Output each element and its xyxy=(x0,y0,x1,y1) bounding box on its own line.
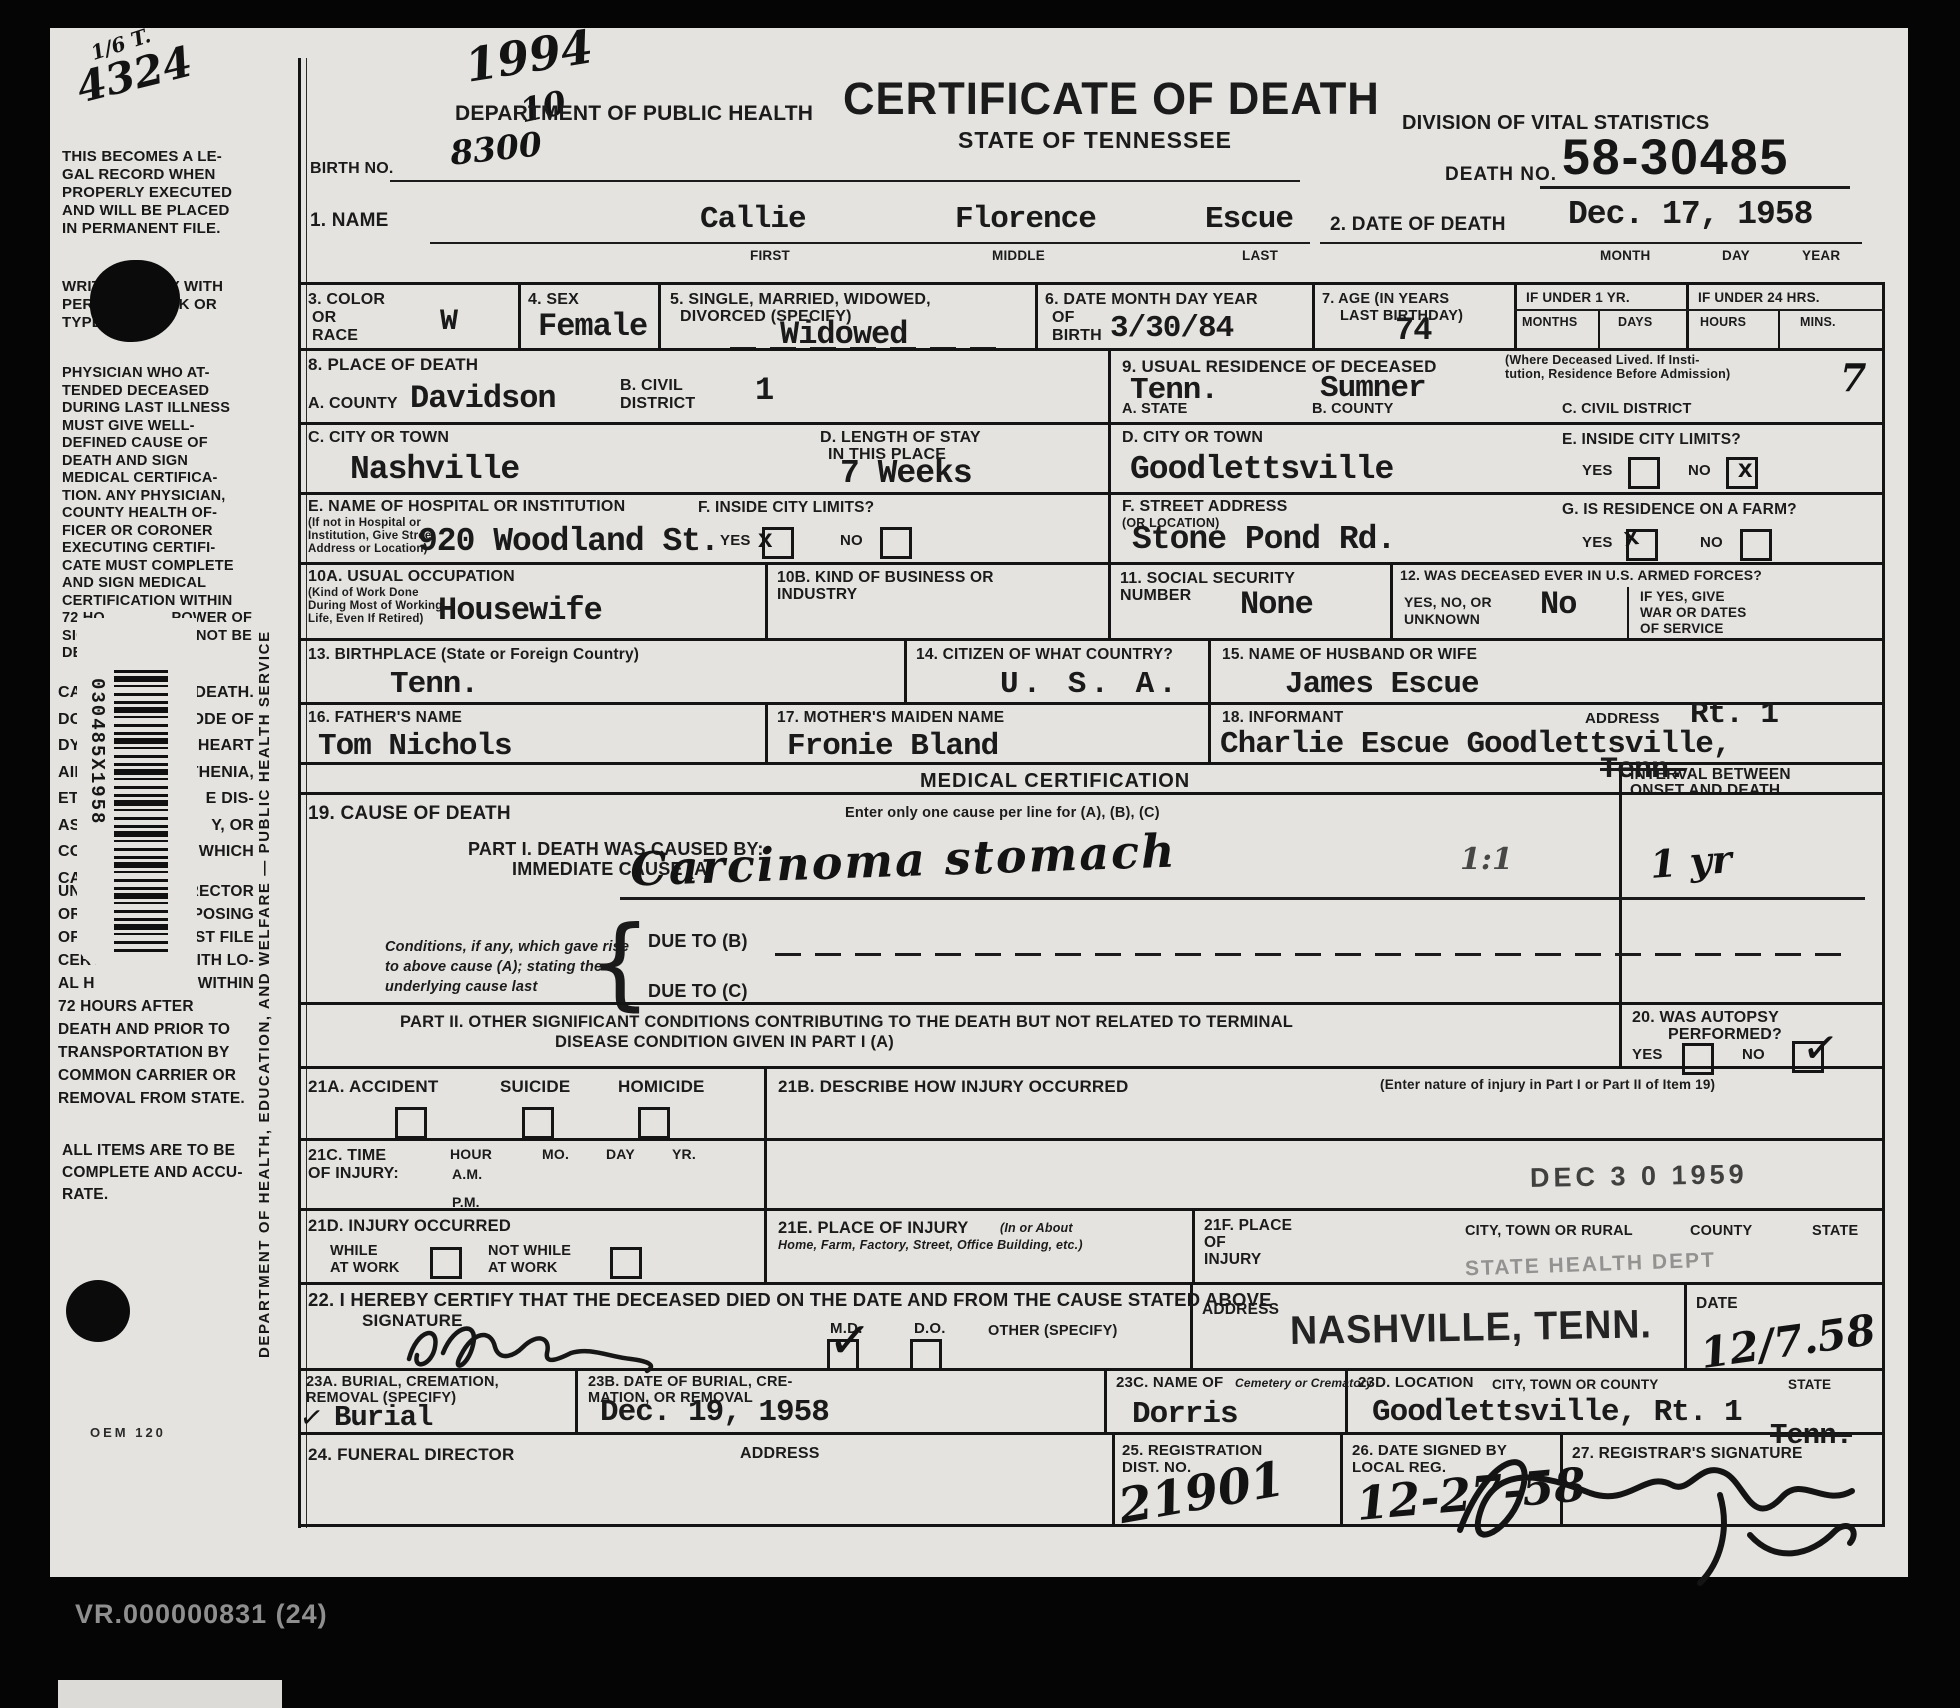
name-last: Escue xyxy=(1205,204,1293,235)
burial-value: Burial xyxy=(334,1403,432,1432)
md-check-mark: ✓ xyxy=(826,1310,874,1373)
hours-label: HOURS xyxy=(1700,315,1746,329)
length-stay-label-1: D. LENGTH OF STAY xyxy=(820,429,981,447)
punch-hole xyxy=(66,1280,130,1342)
describe-injury-label: 21B. DESCRIBE HOW INJURY OCCURRED xyxy=(778,1077,1128,1096)
form: 1994 10 8300 DEPARTMENT OF PUBLIC HEALTH… xyxy=(300,28,1888,1528)
occupation-note-2: During Most of Working xyxy=(308,600,443,613)
sub-middle: MIDDLE xyxy=(992,248,1045,263)
age-value: 74 xyxy=(1395,315,1431,347)
conditions-note-3: underlying cause last xyxy=(385,979,537,995)
time-injury-label-1: 21C. TIME xyxy=(308,1147,386,1165)
interval-handwriting: 1 yr xyxy=(1649,840,1733,884)
color-label-3: RACE xyxy=(312,327,358,345)
location-value: Goodlettsville, Rt. 1 xyxy=(1372,1397,1742,1428)
mother-value: Fronie Bland xyxy=(787,731,998,762)
day-label: DAY xyxy=(606,1147,635,1163)
describe-injury-note: (Enter nature of injury in Part I or Par… xyxy=(1380,1077,1715,1092)
residence-note-2: tution, Residence Before Admission) xyxy=(1505,367,1730,381)
sex-label: 4. SEX xyxy=(528,291,579,309)
yes-label: YES xyxy=(1582,463,1613,480)
informant-address-rt: Rt. 1 xyxy=(1690,699,1778,730)
informant-address-state: Tenn. xyxy=(1600,755,1685,785)
no-x-mark: x xyxy=(1738,453,1752,484)
color-value: W xyxy=(440,307,457,337)
row-7: 13. BIRTHPLACE (State or Foreign Country… xyxy=(300,638,1885,702)
place-injury2-label-3: INJURY xyxy=(1204,1251,1261,1268)
civil-district-label-2: DISTRICT xyxy=(620,395,695,413)
spouse-value: James Escue xyxy=(1285,669,1479,700)
conditions-note-2: to above cause (A); stating the xyxy=(385,959,602,975)
dob-label-3: BIRTH xyxy=(1052,327,1102,345)
death-no-underline xyxy=(1540,186,1850,189)
dod-value: Dec. 17, 1958 xyxy=(1568,198,1812,231)
location-state-label: STATE xyxy=(1788,1377,1831,1392)
name-first: Callie xyxy=(700,204,806,235)
civil-district-label-1: B. CIVIL xyxy=(620,377,683,395)
color-label-2: OR xyxy=(312,309,336,327)
father-label: 16. FATHER'S NAME xyxy=(308,709,462,726)
under24-rule xyxy=(1686,309,1885,311)
accident-label: 21A. ACCIDENT xyxy=(308,1077,438,1096)
margin-note-legal-record: THIS BECOMES A LE-GAL RECORD WHEN PROPER… xyxy=(62,148,252,238)
birthplace-value: Tenn. xyxy=(390,669,478,700)
no2-checkbox xyxy=(880,527,912,559)
cause-note: Enter only one cause per line for (A), (… xyxy=(845,805,1160,821)
dod-underline xyxy=(1320,242,1862,244)
yes2-x-mark: x xyxy=(758,523,772,554)
county-res-value: Sumner xyxy=(1320,373,1426,404)
yes-checkbox xyxy=(1628,457,1660,489)
suicide-label: SUICIDE xyxy=(500,1077,570,1096)
sub-year: YEAR xyxy=(1802,248,1840,263)
place-injury2-label-1: 21F. PLACE xyxy=(1204,1217,1292,1234)
row-2: 3. COLOR OR RACE W 4. SEX Female 5. SING… xyxy=(300,282,1885,348)
part2-label-2: DISEASE CONDITION GIVEN IN PART I (A) xyxy=(555,1033,894,1051)
citizen-label: 14. CITIZEN OF WHAT COUNTRY? xyxy=(916,646,1173,663)
while-label-2: AT WORK xyxy=(330,1260,400,1276)
dob-label-1: 6. DATE MONTH DAY YEAR xyxy=(1045,291,1258,309)
barcode-number: 030485X1958 xyxy=(86,678,108,948)
hour-label: HOUR xyxy=(450,1147,492,1163)
if-yes-label-3: OF SERVICE xyxy=(1640,621,1724,636)
occupation-label: 10A. USUAL OCCUPATION xyxy=(308,568,515,586)
autopsy-yes-label: YES xyxy=(1632,1047,1663,1064)
autopsy-no-label: NO xyxy=(1742,1047,1765,1064)
city-town-rural-label: CITY, TOWN OR RURAL xyxy=(1465,1223,1633,1239)
occupation-note-1: (Kind of Work Done xyxy=(308,587,419,600)
residence-note-1: (Where Deceased Lived. If Insti- xyxy=(1505,353,1700,367)
ssn-label-2: NUMBER xyxy=(1120,587,1191,605)
cause-underline xyxy=(620,897,1865,900)
sub-first: FIRST xyxy=(750,248,790,263)
farm-yes-x-mark: x xyxy=(1622,520,1641,553)
row-23: 23A. BURIAL, CREMATION, REMOVAL (SPECIFY… xyxy=(300,1368,1885,1432)
if-yes-label-2: WAR OR DATES xyxy=(1640,605,1746,620)
scan-corner-square xyxy=(58,1680,282,1708)
color-label-1: 3. COLOR xyxy=(308,291,385,309)
street-label: F. STREET ADDRESS xyxy=(1122,498,1288,516)
do-checkbox xyxy=(910,1339,942,1371)
business-label-2: INDUSTRY xyxy=(777,586,857,603)
received-date-stamp: DEC 3 0 1959 xyxy=(1530,1159,1748,1194)
cemetery-value: Dorris xyxy=(1132,1399,1238,1430)
armed-forces-label-3: UNKNOWN xyxy=(1404,612,1480,628)
length-stay-value: 7 Weeks xyxy=(840,457,972,490)
name-label: 1. NAME xyxy=(310,210,388,231)
vertical-department-text: DEPARTMENT OF HEALTH, EDUCATION, AND WEL… xyxy=(256,358,273,1358)
mins-label: MINS. xyxy=(1800,315,1836,329)
farm-no-checkbox xyxy=(1740,529,1772,561)
not-while-label-2: AT WORK xyxy=(488,1260,558,1276)
birth-no-underline xyxy=(390,180,1300,182)
margin-note-complete: ALL ITEMS ARE TO BECOMPLETE AND ACCU-RAT… xyxy=(62,1140,252,1206)
row-22: 22. I HEREBY CERTIFY THAT THE DECEASED D… xyxy=(300,1282,1885,1368)
months-label: MONTHS xyxy=(1522,315,1577,329)
certificate-title: CERTIFICATE OF DEATH xyxy=(843,74,1380,124)
if-yes-label-1: IF YES, GIVE xyxy=(1640,589,1725,604)
mo-label: MO. xyxy=(542,1147,569,1163)
father-value: Tom Nichols xyxy=(318,731,512,762)
res-city-value: Goodlettsville xyxy=(1130,453,1393,486)
sex-value: Female xyxy=(538,311,647,343)
under24-divider xyxy=(1778,311,1780,349)
barcode xyxy=(114,670,168,952)
occupation-value: Housewife xyxy=(438,595,602,627)
farm-no-label: NO xyxy=(1700,535,1723,552)
injury-occurred-label: 21D. INJURY OCCURRED xyxy=(308,1217,511,1235)
handwritten-file-number-1: 1994 xyxy=(462,23,596,88)
sub-last: LAST xyxy=(1242,248,1278,263)
not-while-label-1: NOT WHILE xyxy=(488,1243,571,1259)
county-res-label: B. COUNTY xyxy=(1312,401,1394,417)
suicide-checkbox xyxy=(522,1107,554,1139)
days-label: DAYS xyxy=(1618,315,1652,329)
hospital-value: 920 Woodland St. xyxy=(418,525,719,558)
autopsy-label-2: PERFORMED? xyxy=(1668,1026,1782,1044)
armed-forces-divider xyxy=(1627,587,1629,638)
dob-label-2: OF xyxy=(1052,309,1075,327)
physician-signature xyxy=(395,1313,715,1377)
dept-public-health: DEPARTMENT OF PUBLIC HEALTH xyxy=(455,102,813,126)
due-to-c-label: DUE TO (C) xyxy=(648,981,748,1001)
row-19: 19. CAUSE OF DEATH Enter only one cause … xyxy=(300,792,1885,1002)
birth-no-label: BIRTH NO. xyxy=(310,160,394,178)
street-value: Stone Pond Rd. xyxy=(1132,523,1395,556)
yr-label: YR. xyxy=(672,1147,696,1163)
birthplace-label: 13. BIRTHPLACE (State or Foreign Country… xyxy=(308,646,639,663)
name-underline xyxy=(430,242,1310,244)
dob-value: 3/30/84 xyxy=(1110,313,1233,344)
yes2-label: YES xyxy=(720,533,751,550)
no-label: NO xyxy=(1688,463,1711,480)
hospital-note-3: Address or Location) xyxy=(308,543,428,556)
row-21ab: 21A. ACCIDENT SUICIDE HOMICIDE 21B. DESC… xyxy=(300,1066,1885,1138)
place-injury-label: 21E. PLACE OF INJURY xyxy=(778,1219,968,1237)
city-label: C. CITY OR TOWN xyxy=(308,429,449,447)
row-5: E. NAME OF HOSPITAL OR INSTITUTION (If n… xyxy=(300,492,1885,562)
not-while-checkbox xyxy=(610,1247,642,1279)
mother-label: 17. MOTHER'S MAIDEN NAME xyxy=(777,709,1004,726)
under1yr-rule xyxy=(1514,309,1686,311)
location-note: CITY, TOWN OR COUNTY xyxy=(1492,1377,1659,1392)
cemetery-note: Cemetery or Crematory xyxy=(1235,1377,1373,1390)
certify-statement: 22. I HEREBY CERTIFY THAT THE DECEASED D… xyxy=(308,1290,1272,1311)
res-city-label: D. CITY OR TOWN xyxy=(1122,429,1263,447)
location-label: 23D. LOCATION xyxy=(1358,1375,1474,1392)
funeral-director-address-label: ADDRESS xyxy=(740,1445,820,1463)
under1yr-divider xyxy=(1598,311,1600,349)
cause-label: 19. CAUSE OF DEATH xyxy=(308,803,511,824)
informant-label: 18. INFORMANT xyxy=(1222,709,1343,726)
civil-district-res-label: C. CIVIL DISTRICT xyxy=(1562,401,1692,417)
place-injury2-label-2: OF xyxy=(1204,1234,1226,1251)
row-8: 16. FATHER'S NAME Tom Nichols 17. MOTHER… xyxy=(300,702,1885,762)
dod-label: 2. DATE OF DEATH xyxy=(1330,214,1506,235)
row-part2: PART II. OTHER SIGNIFICANT CONDITIONS CO… xyxy=(300,1002,1885,1066)
conditions-note-1: Conditions, if any, which gave rise xyxy=(385,939,629,955)
ssn-value: None xyxy=(1240,589,1313,621)
row-21def: 21D. INJURY OCCURRED WHILE AT WORK NOT W… xyxy=(300,1208,1885,1282)
death-no-value: 58-30485 xyxy=(1562,128,1789,186)
armed-forces-value: No xyxy=(1540,589,1576,621)
medical-cert-title: MEDICAL CERTIFICATION xyxy=(920,770,1190,792)
civil-district-value: 1 xyxy=(755,375,773,407)
marital-label-1: 5. SINGLE, MARRIED, WIDOWED, xyxy=(670,291,931,309)
death-no-label: DEATH NO. xyxy=(1445,164,1557,185)
row-3: 8. PLACE OF DEATH A. COUNTY Davidson B. … xyxy=(300,348,1885,422)
hospital-label: E. NAME OF HOSPITAL OR INSTITUTION xyxy=(308,498,625,516)
burial-date-value: Dec. 19, 1958 xyxy=(600,1397,829,1428)
time-injury-label-2: OF INJURY: xyxy=(308,1165,399,1183)
hospital-note-2: Institution, Give Street xyxy=(308,530,435,543)
place-injury-note-2: Home, Farm, Factory, Street, Office Buil… xyxy=(778,1238,1083,1252)
cause-handwriting: Carcinoma stomach xyxy=(629,827,1177,892)
sub-month: MONTH xyxy=(1600,248,1651,263)
due-to-b-label: DUE TO (B) xyxy=(648,931,748,951)
date-label: DATE xyxy=(1696,1295,1738,1312)
other-specify-label: OTHER (SPECIFY) xyxy=(988,1323,1117,1339)
sub-day: DAY xyxy=(1722,248,1750,263)
autopsy-label-1: 20. WAS AUTOPSY xyxy=(1632,1009,1779,1027)
am-label: A.M. xyxy=(452,1167,482,1183)
age-label-1: 7. AGE (IN YEARS xyxy=(1322,291,1449,307)
under24-label: IF UNDER 24 HRS. xyxy=(1698,290,1820,305)
place-of-death-label: 8. PLACE OF DEATH xyxy=(308,355,478,374)
armed-forces-label-2: YES, NO, OR xyxy=(1404,595,1492,611)
informant-address-label: ADDRESS xyxy=(1585,711,1660,728)
spouse-label: 15. NAME OF HUSBAND OR WIFE xyxy=(1222,646,1477,663)
while-label-1: WHILE xyxy=(330,1243,378,1259)
hospital-note-1: (If not in Hospital or xyxy=(308,517,421,530)
scanned-death-certificate: 1/6 T. 4324 THIS BECOMES A LE-GAL RECORD… xyxy=(0,0,1960,1708)
state-col-label: STATE xyxy=(1812,1223,1858,1239)
address-stamp: NASHVILLE, TENN. xyxy=(1290,1302,1652,1354)
state-label: A. STATE xyxy=(1122,401,1188,417)
farm-yes-label: YES xyxy=(1582,535,1613,552)
city-value: Nashville xyxy=(350,453,519,486)
citizen-value: U. S. A. xyxy=(1000,669,1181,700)
registrar-signature xyxy=(1420,1435,1890,1605)
civil-district-res-value: 7 xyxy=(1840,359,1866,397)
place-injury-note-1: (In or About xyxy=(1000,1221,1073,1235)
handwritten-file-number-3: 8300 xyxy=(449,127,544,169)
scan-reference-code: VR.000000831 (24) xyxy=(75,1599,328,1630)
while-checkbox xyxy=(430,1247,462,1279)
county-value: Davidson xyxy=(410,383,556,415)
inside-limits2-label: F. INSIDE CITY LIMITS? xyxy=(698,499,874,516)
due-to-b-line xyxy=(775,953,1855,956)
under1yr-label: IF UNDER 1 YR. xyxy=(1526,290,1630,305)
date-handwriting: 12/7.58 xyxy=(1698,1309,1878,1375)
do-label: D.O. xyxy=(914,1321,946,1338)
inside-limits-label: E. INSIDE CITY LIMITS? xyxy=(1562,431,1741,448)
name-middle: Florence xyxy=(955,204,1096,235)
occupation-note-3: Life, Even If Retired) xyxy=(308,613,424,626)
part2-label-1: PART II. OTHER SIGNIFICANT CONDITIONS CO… xyxy=(400,1013,1293,1031)
row-6: 10A. USUAL OCCUPATION (Kind of Work Done… xyxy=(300,562,1885,638)
armed-forces-label: 12. WAS DECEASED EVER IN U.S. ARMED FORC… xyxy=(1400,568,1762,584)
business-label-1: 10B. KIND OF BUSINESS OR xyxy=(777,569,994,586)
row-21c: 21C. TIME OF INJURY: HOUR A.M. P.M. MO. … xyxy=(300,1138,1885,1208)
no2-label: NO xyxy=(840,533,863,550)
cause-marks: 1:1 xyxy=(1460,845,1513,875)
funeral-director-label: 24. FUNERAL DIRECTOR xyxy=(308,1445,514,1464)
state-health-dept-stamp: STATE HEALTH DEPT xyxy=(1465,1249,1717,1282)
row-24: 24. FUNERAL DIRECTOR ADDRESS 25. REGISTR… xyxy=(300,1432,1885,1527)
farm-label: G. IS RESIDENCE ON A FARM? xyxy=(1562,501,1797,518)
burial-check-mark: ✓ xyxy=(298,1400,326,1436)
form-number: OEM 120 xyxy=(90,1426,166,1441)
accident-checkbox xyxy=(395,1107,427,1139)
state-of-tennessee: STATE OF TENNESSEE xyxy=(958,128,1232,154)
cemetery-label: 23C. NAME OF xyxy=(1116,1375,1223,1392)
row-4: C. CITY OR TOWN Nashville D. LENGTH OF S… xyxy=(300,422,1885,492)
homicide-label: HOMICIDE xyxy=(618,1077,705,1096)
homicide-checkbox xyxy=(638,1107,670,1139)
county-label: A. COUNTY xyxy=(308,395,398,413)
county-col-label: COUNTY xyxy=(1690,1223,1752,1239)
certificate-paper: 1/6 T. 4324 THIS BECOMES A LE-GAL RECORD… xyxy=(50,28,1908,1577)
